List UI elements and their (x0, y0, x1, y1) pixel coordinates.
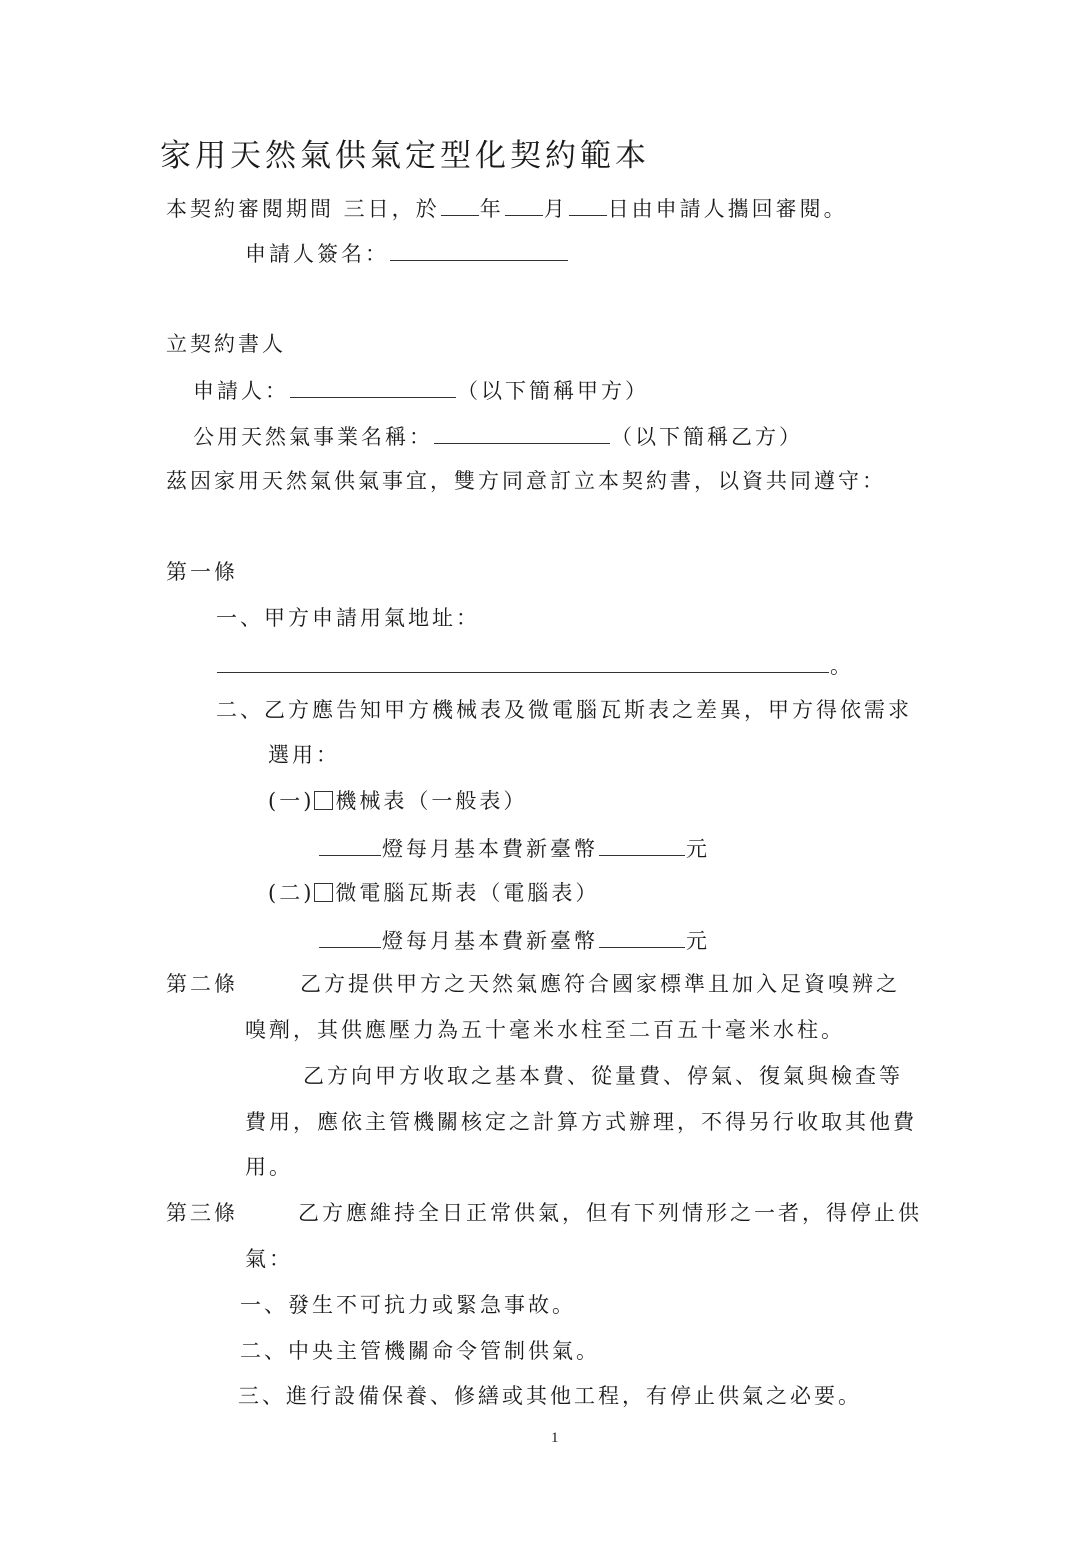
signature-blank[interactable] (390, 238, 568, 261)
month-label: 月 (544, 197, 568, 221)
option1-fee-text: 燈每月基本費新臺幣 (382, 837, 598, 861)
option2-prefix: (二) (268, 881, 314, 905)
article2-line3: 乙方向甲方收取之基本費、從量費、停氣、復氣與檢查等 (303, 1062, 903, 1090)
article3-line2: 氣： (245, 1245, 293, 1273)
applicant-line: 申請人：（以下簡稱甲方） (193, 375, 649, 405)
parties-heading: 立契約書人 (166, 330, 286, 358)
article3-item1: 一、發生不可抗力或緊急事故。 (240, 1291, 576, 1319)
article1-item1: 一、甲方申請用氣地址： (216, 604, 480, 632)
company-label: 公用天然氣事業名稱： (193, 425, 433, 449)
option2-fee-text: 燈每月基本費新臺幣 (382, 929, 598, 953)
option2-count-blank[interactable] (319, 925, 381, 948)
option1-fee-unit: 元 (686, 837, 710, 861)
review-prefix: 本契約審閱期間 三日，於 (166, 197, 440, 221)
article2-heading: 第二條 (166, 970, 238, 998)
article2-line1: 乙方提供甲方之天然氣應符合國家標準且加入足資嗅辨之 (300, 970, 900, 998)
article1-heading: 第一條 (166, 558, 238, 586)
company-line: 公用天然氣事業名稱：（以下簡稱乙方） (193, 421, 803, 451)
computer-meter-checkbox[interactable] (314, 883, 333, 902)
option2-fee-line: 燈每月基本費新臺幣元 (318, 925, 710, 955)
page-number: 1 (551, 1430, 559, 1447)
year-blank[interactable] (441, 193, 479, 216)
intro-line: 茲因家用天然氣供氣事宜，雙方同意訂立本契約書，以資共同遵守： (166, 467, 886, 495)
option1-label: 機械表（一般表） (335, 789, 527, 813)
review-period-line: 本契約審閱期間 三日，於年月日由申請人攜回審閱。 (166, 193, 848, 223)
mechanical-meter-checkbox[interactable] (314, 791, 333, 810)
option1-count-blank[interactable] (319, 833, 381, 856)
company-suffix: （以下簡稱乙方） (611, 425, 803, 449)
document-page: 家用天然氣供氣定型化契約範本 本契約審閱期間 三日，於年月日由申請人攜回審閱。 … (0, 0, 1090, 1542)
address-blank[interactable] (217, 650, 829, 673)
year-label: 年 (480, 197, 504, 221)
applicant-label: 申請人： (193, 379, 289, 403)
article3-heading: 第三條 (166, 1199, 238, 1227)
article1-item2-line2: 選用： (268, 741, 340, 769)
address-line: 。 (216, 650, 854, 680)
applicant-suffix: （以下簡稱甲方） (457, 379, 649, 403)
day-blank[interactable] (569, 193, 607, 216)
month-blank[interactable] (505, 193, 543, 216)
article3-item2: 二、中央主管機關命令管制供氣。 (240, 1337, 600, 1365)
option-mechanical: (一)機械表（一般表） (268, 787, 527, 815)
option2-fee-unit: 元 (686, 929, 710, 953)
company-blank[interactable] (434, 421, 610, 444)
applicant-blank[interactable] (290, 375, 456, 398)
article2-line4: 費用，應依主管機關核定之計算方式辦理，不得另行收取其他費 (245, 1108, 917, 1136)
review-suffix: 日由申請人攜回審閱。 (608, 197, 848, 221)
document-title: 家用天然氣供氣定型化契約範本 (160, 136, 650, 176)
signature-label: 申請人簽名： (245, 242, 389, 266)
option1-prefix: (一) (268, 789, 314, 813)
signature-line: 申請人簽名： (245, 238, 569, 268)
option1-fee-blank[interactable] (599, 833, 685, 856)
article2-line2: 嗅劑，其供應壓力為五十毫米水柱至二百五十毫米水柱。 (245, 1016, 845, 1044)
option1-fee-line: 燈每月基本費新臺幣元 (318, 833, 710, 863)
article3-line1: 乙方應維持全日正常供氣，但有下列情形之一者，得停止供 (298, 1199, 922, 1227)
article3-item3: 三、進行設備保養、修繕或其他工程，有停止供氣之必要。 (238, 1382, 862, 1410)
article1-item2-line1: 二、乙方應告知甲方機械表及微電腦瓦斯表之差異，甲方得依需求 (216, 696, 912, 724)
option2-fee-blank[interactable] (599, 925, 685, 948)
address-end: 。 (830, 654, 854, 678)
option-computer: (二)微電腦瓦斯表（電腦表） (268, 879, 599, 907)
article2-line5: 用。 (245, 1153, 293, 1181)
option2-label: 微電腦瓦斯表（電腦表） (335, 881, 599, 905)
